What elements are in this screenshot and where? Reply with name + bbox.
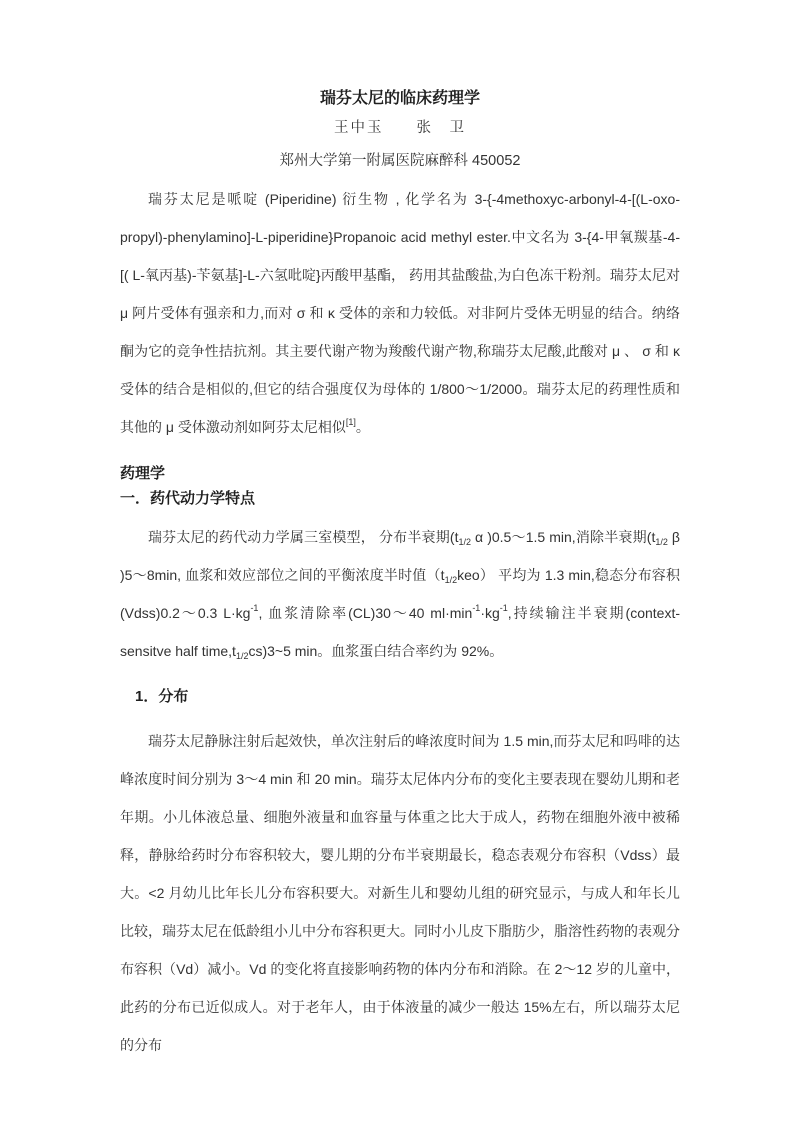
document-page: 瑞芬太尼的临床药理学 王中玉 张 卫 郑州大学第一附属医院麻醉科 450052 … — [0, 0, 793, 1122]
paragraph-pharmacokinetics: 瑞芬太尼的药代动力学属三室模型， 分布半衰期(t1/2 α )0.5～1.5 m… — [120, 518, 680, 670]
paragraph-introduction: 瑞芬太尼是哌啶 (Piperidine) 衍生物 , 化学名为 3-{-4met… — [120, 180, 680, 446]
document-content: 瑞芬太尼的临床药理学 王中玉 张 卫 郑州大学第一附属医院麻醉科 450052 … — [0, 0, 793, 1064]
document-affiliation: 郑州大学第一附属医院麻醉科 450052 — [120, 150, 680, 172]
document-title: 瑞芬太尼的临床药理学 — [120, 88, 680, 110]
heading-distribution: 1．分布 — [120, 684, 680, 710]
paragraph-distribution: 瑞芬太尼静脉注射后起效快，单次注射后的峰浓度时间为 1.5 min,而芬太尼和吗… — [120, 722, 680, 1064]
heading-pharmacokinetic-features: 一．药代动力学特点 — [120, 486, 680, 512]
document-authors: 王中玉 张 卫 — [120, 116, 680, 140]
heading-pharmacology: 药理学 — [120, 462, 680, 486]
